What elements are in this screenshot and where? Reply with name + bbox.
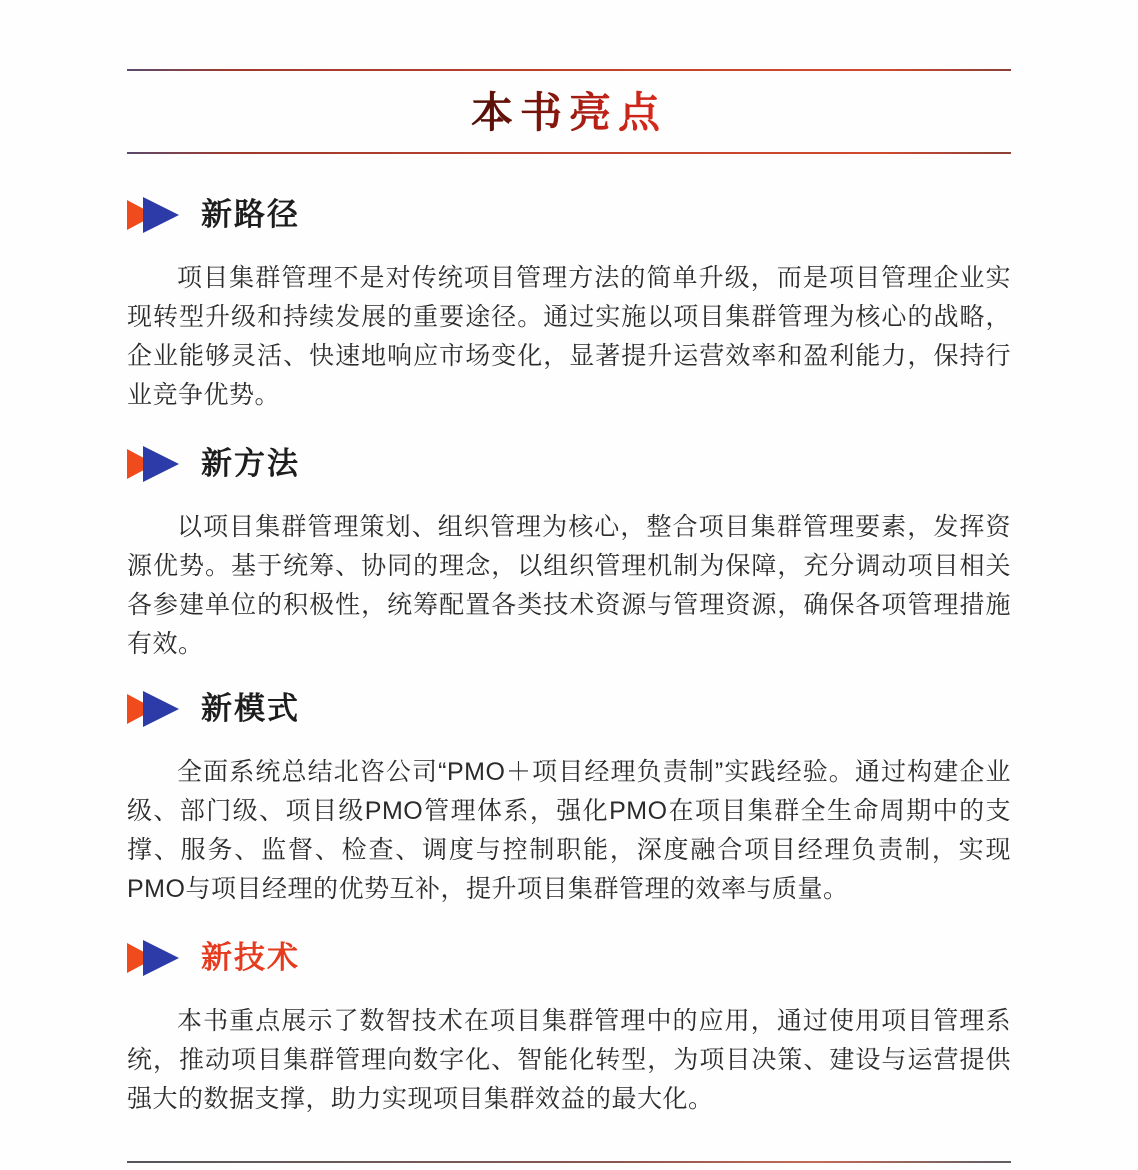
page-title-text: 本书亮点 — [471, 89, 667, 136]
title-rule-bottom — [127, 152, 1011, 154]
document-page: 本书亮点 新路径 项目集群管理不是对传统项目管理方法的简单升级，而是项目管理企业… — [0, 0, 1138, 1170]
triangle-blue-icon — [143, 446, 179, 482]
double-triangle-bullet-icon — [127, 939, 185, 977]
double-triangle-bullet-icon — [127, 690, 185, 728]
section-heading: 新方法 — [127, 445, 1011, 483]
triangle-blue-icon — [143, 940, 179, 976]
section-title: 新模式 — [201, 691, 300, 727]
footer-rule — [127, 1161, 1011, 1163]
section-paragraph: 项目集群管理不是对传统项目管理方法的简单升级，而是项目管理企业实现转型升级和持续… — [127, 259, 1011, 415]
section-new-path: 新路径 项目集群管理不是对传统项目管理方法的简单升级，而是项目管理企业实现转型升… — [127, 196, 1011, 415]
section-heading: 新技术 — [127, 939, 1011, 977]
triangle-blue-icon — [143, 691, 179, 727]
double-triangle-bullet-icon — [127, 445, 185, 483]
section-title: 新技术 — [201, 940, 300, 976]
section-title: 新路径 — [201, 197, 300, 233]
section-new-technology: 新技术 本书重点展示了数智技术在项目集群管理中的应用，通过使用项目管理系统，推动… — [127, 939, 1011, 1119]
section-heading: 新模式 — [127, 690, 1011, 728]
section-title: 新方法 — [201, 446, 300, 482]
section-paragraph: 全面系统总结北咨公司“PMO＋项目经理负责制”实践经验。通过构建企业级、部门级、… — [127, 753, 1011, 909]
section-paragraph: 本书重点展示了数智技术在项目集群管理中的应用，通过使用项目管理系统，推动项目集群… — [127, 1002, 1011, 1119]
section-paragraph: 以项目集群管理策划、组织管理为核心，整合项目集群管理要素，发挥资源优势。基于统筹… — [127, 508, 1011, 664]
section-heading: 新路径 — [127, 196, 1011, 234]
double-triangle-bullet-icon — [127, 196, 185, 234]
section-new-method: 新方法 以项目集群管理策划、组织管理为核心，整合项目集群管理要素，发挥资源优势。… — [127, 445, 1011, 664]
triangle-blue-icon — [143, 197, 179, 233]
page-title: 本书亮点 — [127, 71, 1011, 152]
section-new-model: 新模式 全面系统总结北咨公司“PMO＋项目经理负责制”实践经验。通过构建企业级、… — [127, 690, 1011, 909]
